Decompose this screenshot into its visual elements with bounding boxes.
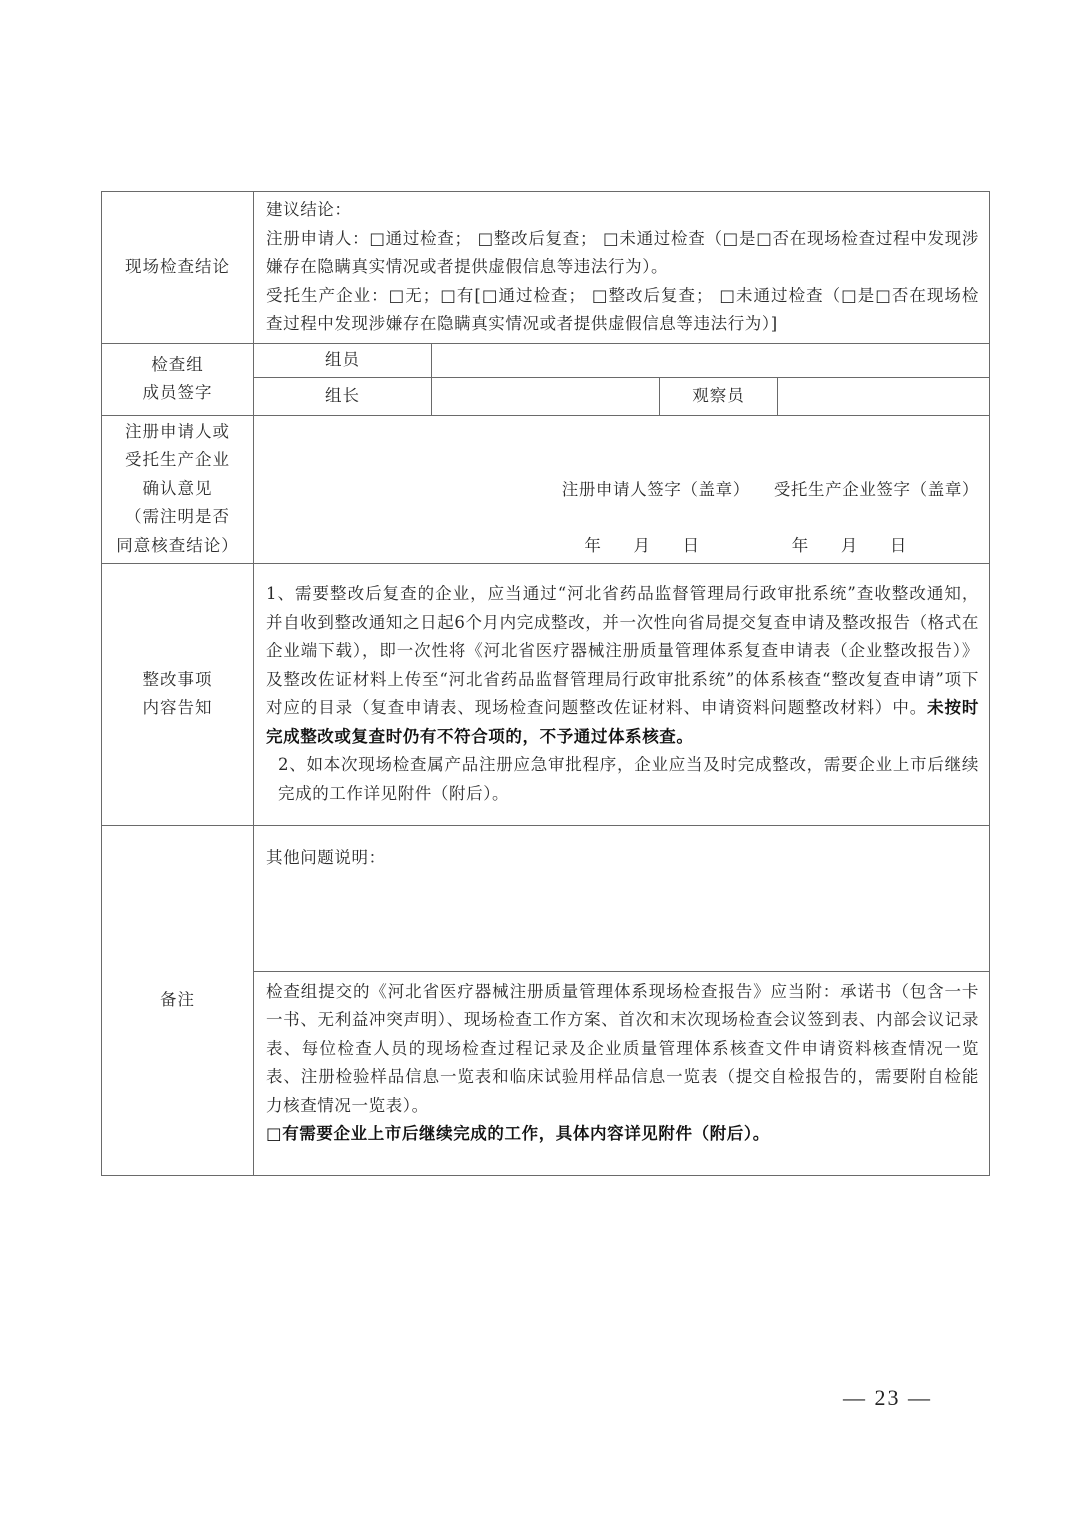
rectification-row: 整改事项 内容告知 1、需要整改后复查的企业，应当通过“河北省药品监督管理局行政… bbox=[102, 563, 990, 825]
member-signature-field[interactable] bbox=[432, 343, 990, 377]
conclusion-content: 建议结论： 注册申请人：□通过检查； □整改后复查； □未通过检查（□是□否在现… bbox=[254, 192, 990, 344]
other-issues-row: 备注 其他问题说明： bbox=[102, 825, 990, 971]
confirmation-row: 注册申请人或 受托生产企业 确认意见 （需注明是否 同意核查结论） 注册申请人签… bbox=[102, 415, 990, 563]
observer-label: 观察员 bbox=[660, 377, 778, 415]
leader-signature-field[interactable] bbox=[432, 377, 660, 415]
applicant-sign-label: 注册申请人签字（盖章） bbox=[562, 476, 750, 505]
conclusion-row: 现场检查结论 建议结论： 注册申请人：□通过检查； □整改后复查； □未通过检查… bbox=[102, 192, 990, 344]
attachments-text: 检查组提交的《河北省医疗器械注册质量管理体系现场检查报告》应当附：承诺书（包含一… bbox=[266, 978, 979, 1121]
member-sign-row: 检查组 成员签字 组员 bbox=[102, 343, 990, 377]
member-label: 组员 bbox=[254, 343, 432, 377]
other-issues-field[interactable]: 其他问题说明： bbox=[254, 825, 990, 971]
confirmation-content[interactable]: 注册申请人签字（盖章） 受托生产企业签字（盖章） 年 月 日 年 月 日 bbox=[254, 415, 990, 563]
signature-labels: 注册申请人签字（盖章） 受托生产企业签字（盖章） bbox=[266, 476, 979, 505]
applicant-conclusion-options[interactable]: 注册申请人：□通过检查； □整改后复查； □未通过检查（□是□否在现场检查过程中… bbox=[266, 225, 979, 282]
page-number: — 23 — bbox=[843, 1385, 932, 1411]
remarks-label: 备注 bbox=[102, 825, 254, 1175]
conclusion-label: 现场检查结论 bbox=[102, 192, 254, 344]
confirmation-label: 注册申请人或 受托生产企业 确认意见 （需注明是否 同意核查结论） bbox=[102, 415, 254, 563]
attachments-content: 检查组提交的《河北省医疗器械注册质量管理体系现场检查报告》应当附：承诺书（包含一… bbox=[254, 971, 990, 1175]
rectification-paragraph-1: 1、需要整改后复查的企业，应当通过“河北省药品监督管理局行政审批系统”查收整改通… bbox=[266, 580, 979, 751]
rectification-label: 整改事项 内容告知 bbox=[102, 563, 254, 825]
rectification-paragraph-2: 2、如本次现场检查属产品注册应急审批程序，企业应当及时完成整改，需要企业上市后继… bbox=[266, 751, 979, 808]
entrusted-conclusion-options[interactable]: 受托生产企业：□无；□有[□通过检查； □整改后复查； □未通过检查（□是□否在… bbox=[266, 282, 979, 339]
date-labels: 年 月 日 年 月 日 bbox=[266, 532, 979, 561]
followup-work-checkbox[interactable]: □有需要企业上市后继续完成的工作，具体内容详见附件（附后）。 bbox=[266, 1120, 979, 1149]
observer-signature-field[interactable] bbox=[778, 377, 990, 415]
entrusted-sign-label: 受托生产企业签字（盖章） bbox=[774, 476, 979, 505]
signature-group-label: 检查组 成员签字 bbox=[102, 343, 254, 415]
conclusion-heading: 建议结论： bbox=[266, 196, 979, 225]
other-issues-label: 其他问题说明： bbox=[266, 844, 979, 873]
entrusted-date: 年 月 日 bbox=[792, 532, 907, 561]
document-page: 现场检查结论 建议结论： 注册申请人：□通过检查； □整改后复查； □未通过检查… bbox=[0, 0, 1080, 1527]
inspection-form-table: 现场检查结论 建议结论： 注册申请人：□通过检查； □整改后复查； □未通过检查… bbox=[101, 191, 990, 1176]
leader-label: 组长 bbox=[254, 377, 432, 415]
applicant-date: 年 月 日 bbox=[584, 532, 699, 561]
rectification-content: 1、需要整改后复查的企业，应当通过“河北省药品监督管理局行政审批系统”查收整改通… bbox=[254, 563, 990, 825]
